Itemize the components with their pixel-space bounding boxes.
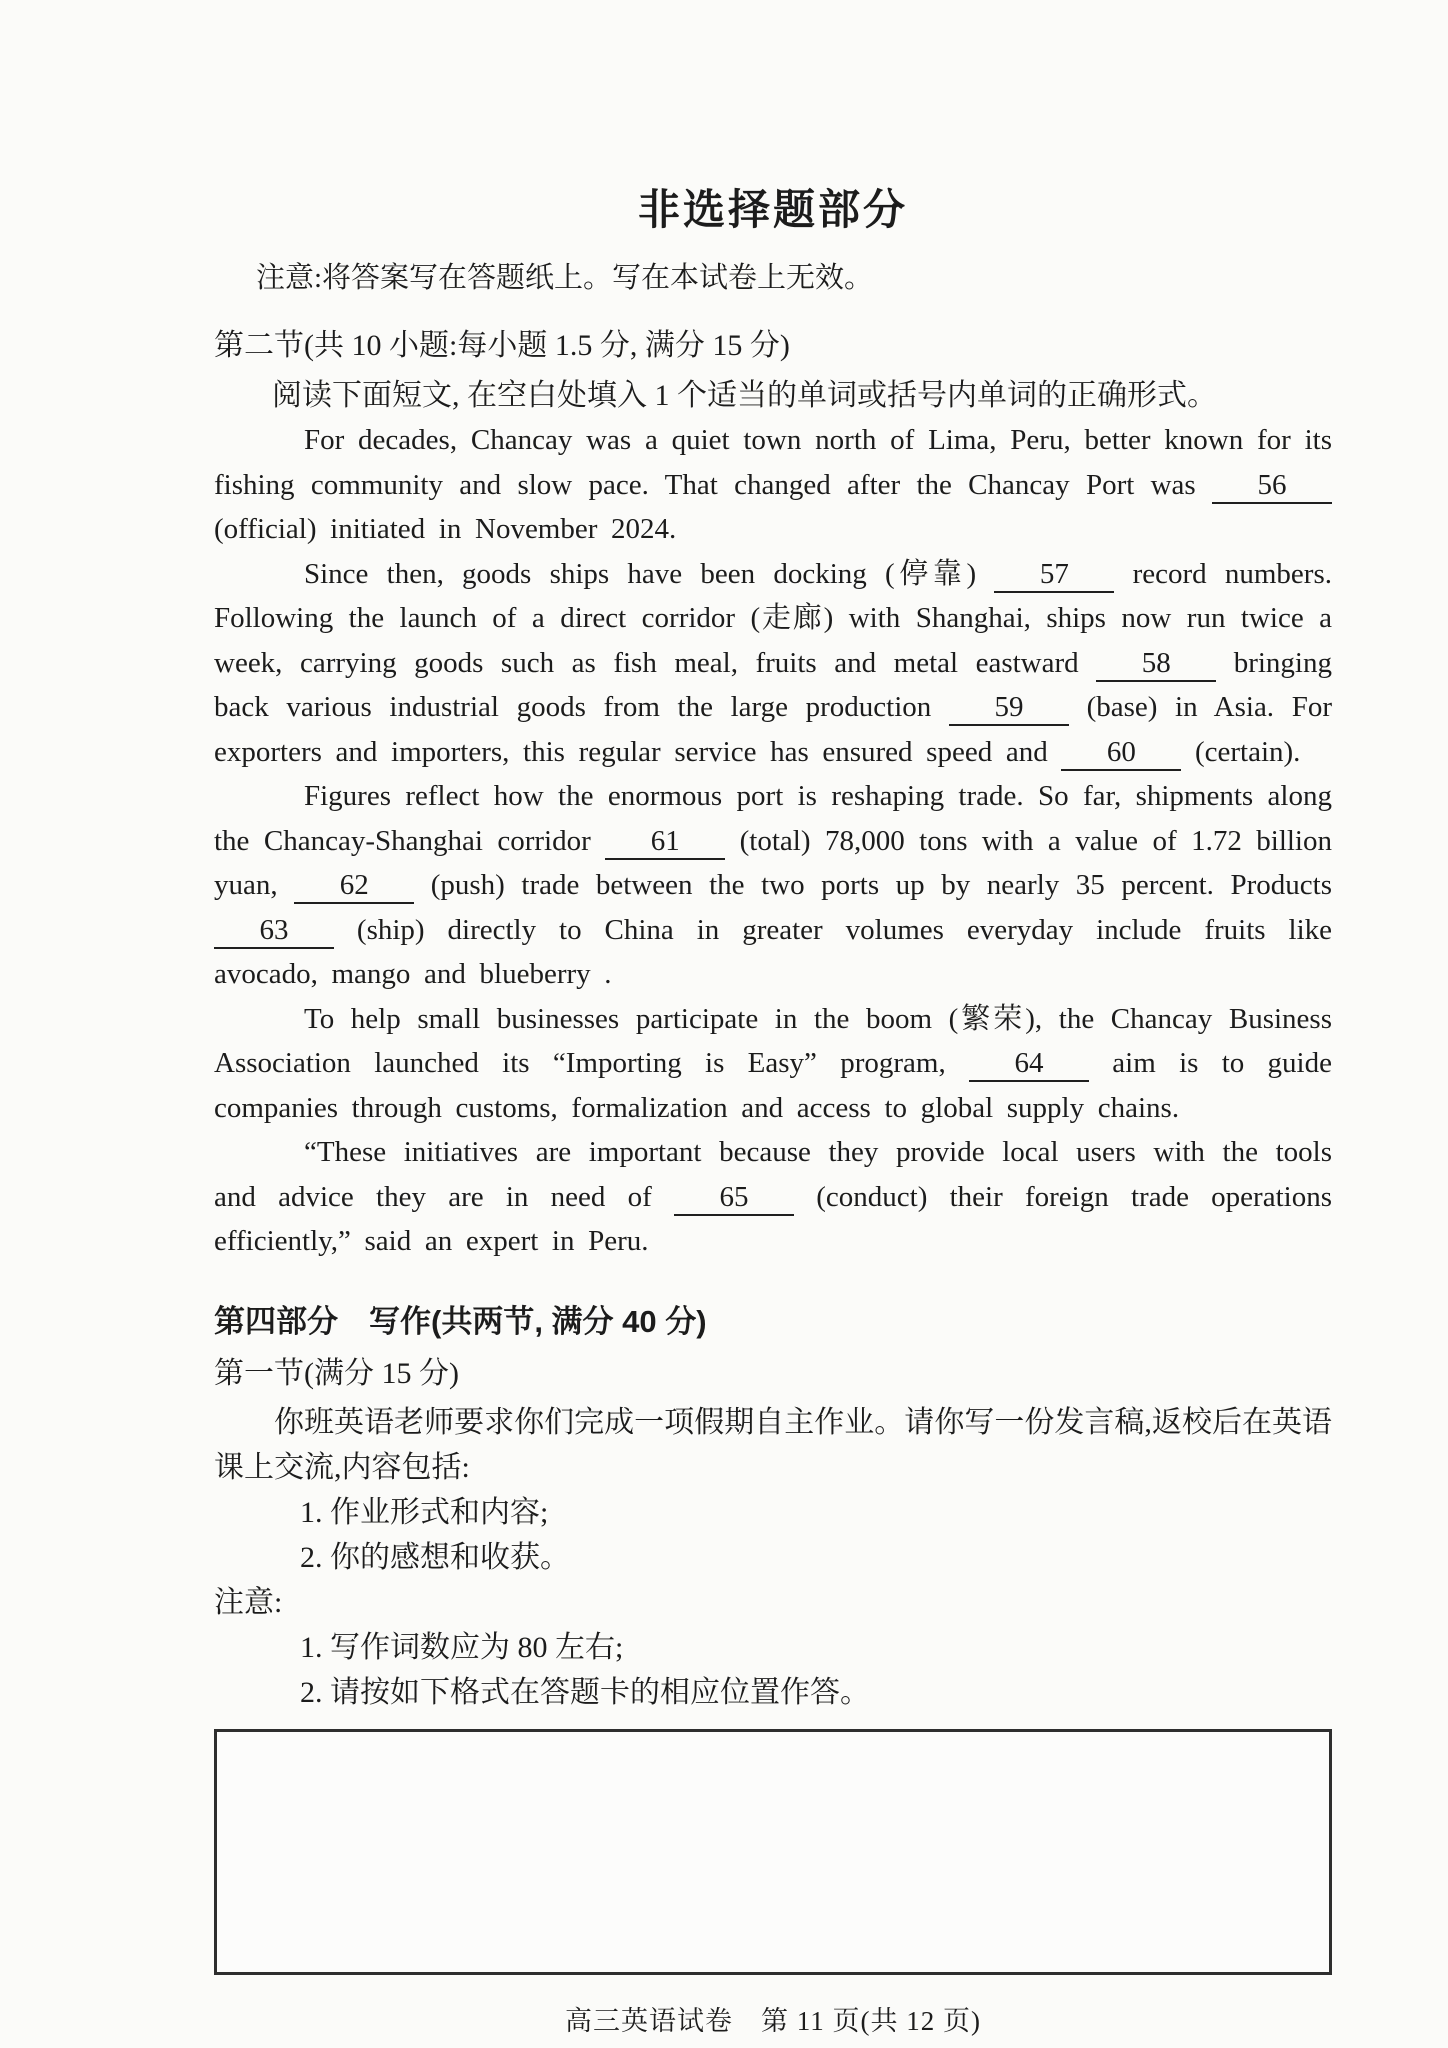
passage-paragraph: Figures reflect how the enormous port is… [214,774,1332,997]
blank-56: 56 [1212,469,1332,504]
blank-57: 57 [994,558,1114,593]
cloze-section-heading: 第二节(共 10 小题:每小题 1.5 分, 满分 15 分) [214,324,1332,368]
blank-62: 62 [294,869,414,904]
notes-label: 注意: [214,1580,1332,1625]
blank-59: 59 [949,691,1069,726]
blank-65: 65 [674,1181,794,1216]
note-answer-format: 2. 请按如下格式在答题卡的相应位置作答。 [214,1670,1332,1715]
writing-part-heading: 第四部分 写作(共两节, 满分 40 分) [214,1300,1332,1344]
passage-paragraph: “These initiatives are important because… [214,1130,1332,1264]
passage-paragraph: Since then, goods ships have been dockin… [214,552,1332,775]
passage-paragraph: To help small businesses participate in … [214,997,1332,1131]
content-point-2: 2. 你的感想和收获。 [214,1535,1332,1580]
blank-61: 61 [605,825,725,860]
page-footer: 高三英语试卷 第 11 页(共 12 页) [214,1999,1332,2038]
blank-60: 60 [1061,736,1181,771]
content-point-1: 1. 作业形式和内容; [214,1490,1332,1535]
blank-58: 58 [1096,647,1216,682]
blank-63: 63 [214,914,334,949]
answer-box [214,1729,1332,1975]
passage-paragraph: For decades, Chancay was a quiet town no… [214,418,1332,552]
writing-task: 你班英语老师要求你们完成一项假期自主作业。请你写一份发言稿,返校后在英语课上交流… [214,1400,1332,1490]
writing-section: 第四部分 写作(共两节, 满分 40 分) 第一节(满分 15 分) 你班英语老… [214,1300,1332,1975]
blank-64: 64 [969,1047,1089,1082]
exam-page: 非选择题部分 注意:将答案写在答题纸上。写在本试卷上无效。 第二节(共 10 小… [0,0,1448,2048]
cloze-passage: For decades, Chancay was a quiet town no… [214,418,1332,1264]
cloze-section: 第二节(共 10 小题:每小题 1.5 分, 满分 15 分) 阅读下面短文, … [214,324,1332,1264]
notice-line: 注意:将答案写在答题纸上。写在本试卷上无效。 [214,256,1332,300]
cloze-instruction: 阅读下面短文, 在空白处填入 1 个适当的单词或括号内单词的正确形式。 [214,374,1332,418]
note-word-count: 1. 写作词数应为 80 左右; [214,1625,1332,1670]
page-title: 非选择题部分 [214,186,1332,236]
writing-section-heading: 第一节(满分 15 分) [214,1352,1332,1396]
